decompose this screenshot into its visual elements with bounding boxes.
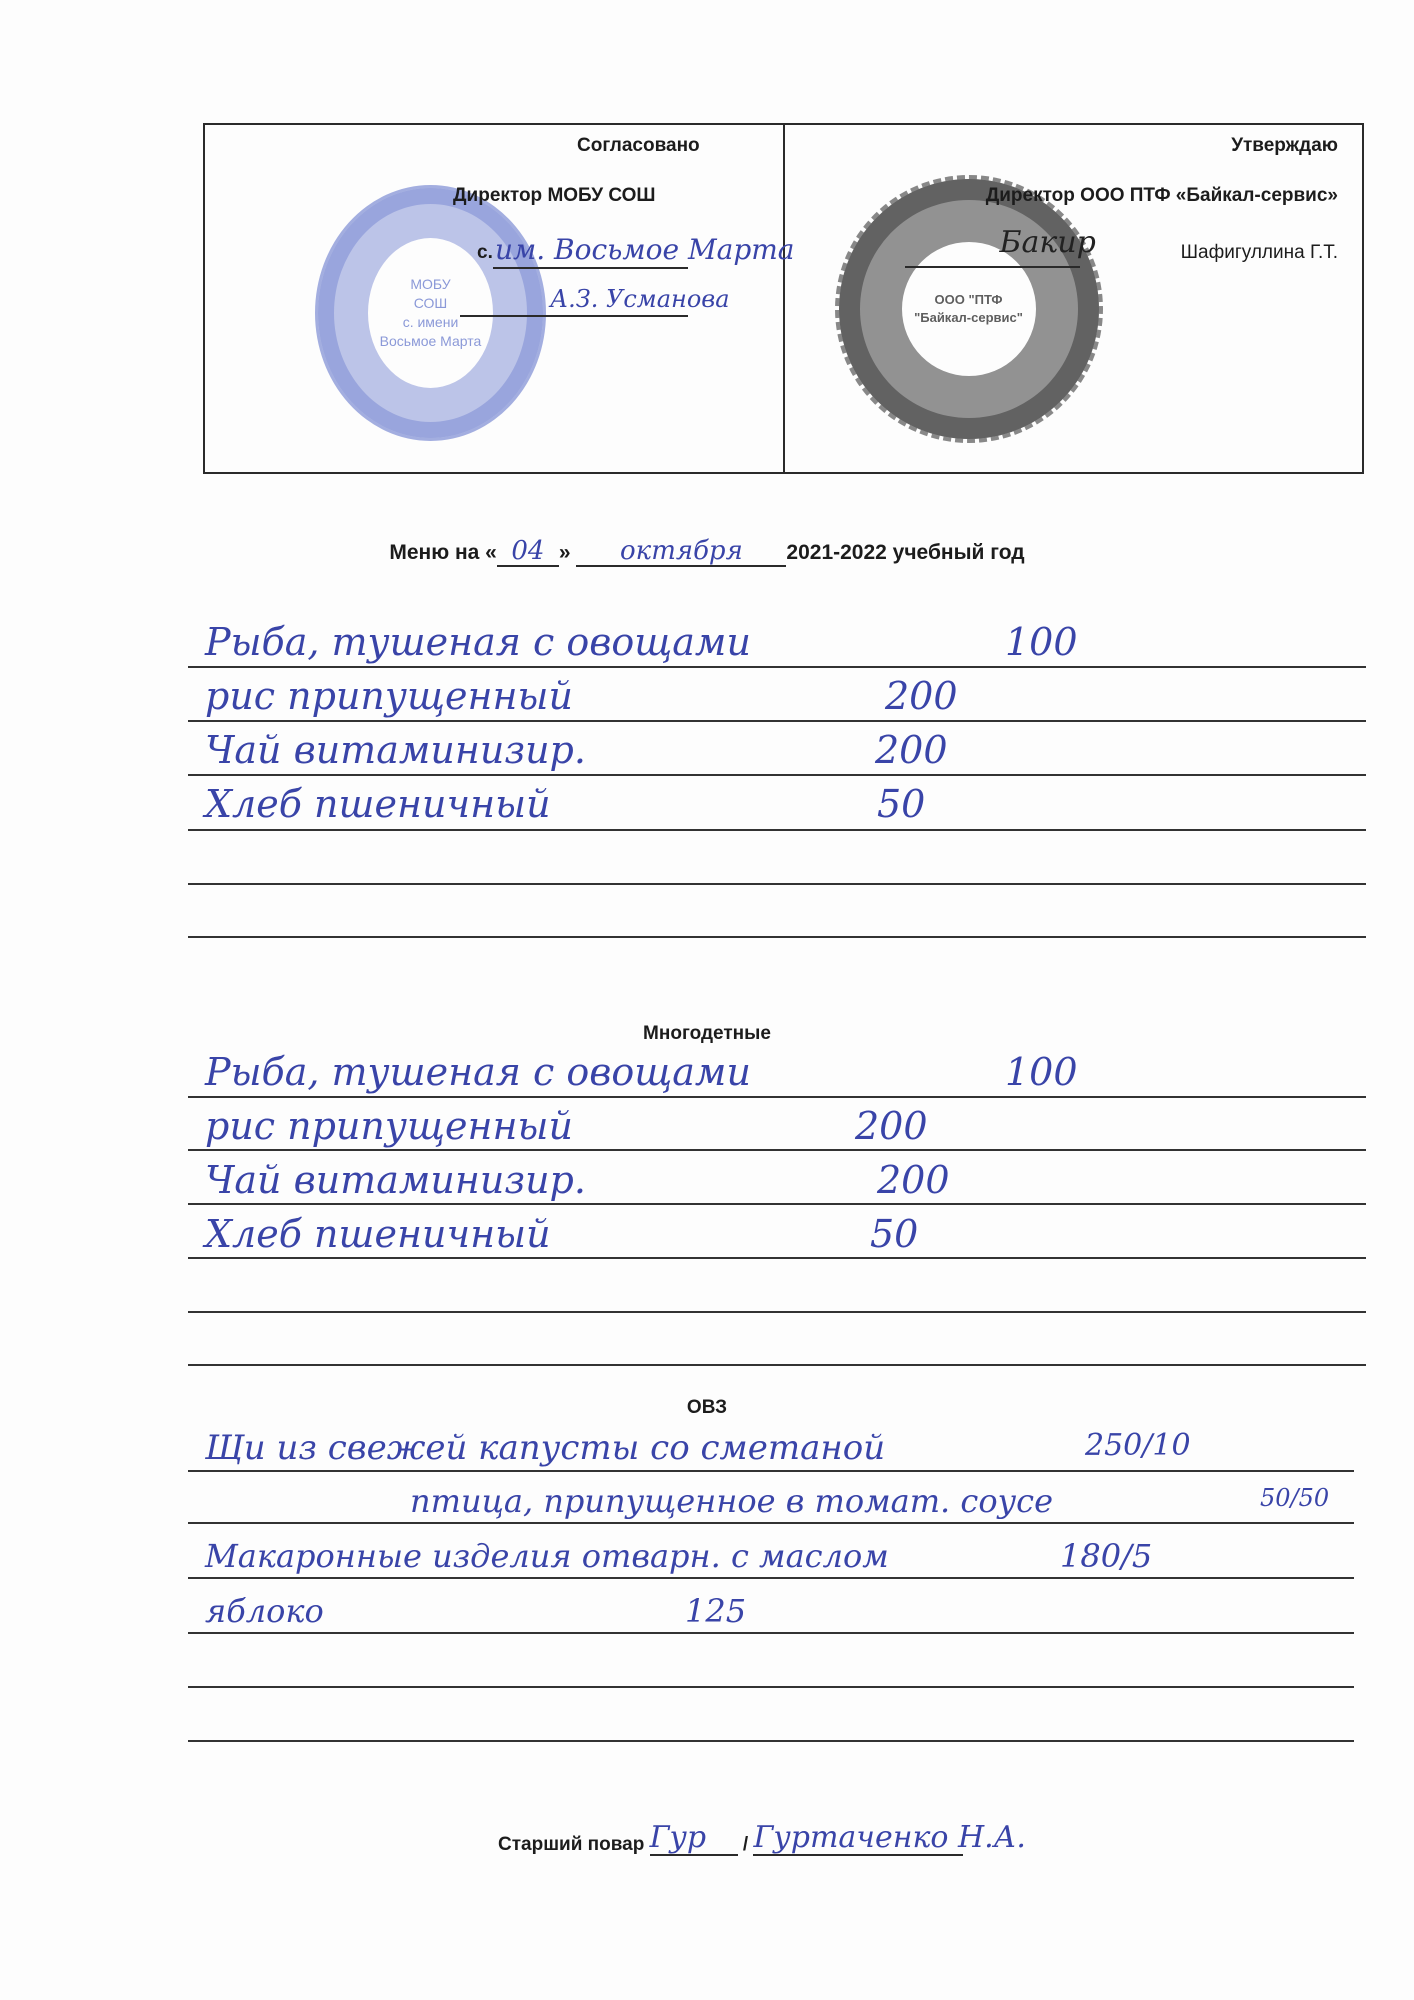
approved-block: ООО "ПТФ "Байкал-сервис" Утверждаю Дирек… [785, 125, 1363, 472]
list-item: Рыба, тушеная с овощами100 [205, 620, 751, 664]
title-prefix: Меню на « [389, 541, 497, 564]
dish-name: Рыба, тушеная с овощами [205, 620, 751, 664]
agreed-heading: Согласовано [577, 135, 700, 157]
ruled-line [188, 720, 1366, 722]
ruled-line [188, 1686, 1354, 1688]
month-field: октября [576, 537, 786, 567]
chef-label: Старший повар [498, 1834, 644, 1855]
ruled-line [188, 1470, 1354, 1472]
dish-name: Хлеб пшеничный [205, 782, 551, 826]
stamp-text: Восьмое Марта [380, 332, 482, 351]
list-item: Хлеб пшеничный50 [205, 1212, 551, 1256]
signature-line [460, 315, 688, 317]
company-stamp-icon: ООО "ПТФ "Байкал-сервис" [835, 175, 1103, 443]
list-item: птица, припущенное в томат. соусе50/50 [410, 1482, 1053, 1520]
list-item: Чай витаминизир.200 [205, 728, 586, 772]
school-stamp-icon: МОБУ СОШ с. имени Восьмое Марта [315, 185, 546, 441]
list-item: рис припущенный200 [205, 1104, 573, 1148]
dish-name: Рыба, тушеная с овощами [205, 1050, 751, 1094]
dish-name: Хлеб пшеничный [205, 1212, 551, 1256]
ruled-line [188, 936, 1366, 938]
list-item: Макаронные изделия отварн. с маслом180/5 [205, 1537, 889, 1575]
place-handwritten: им. Восьмое Марта [495, 233, 794, 266]
ruled-line [188, 1096, 1366, 1098]
list-item: Рыба, тушеная с овощами100 [205, 1050, 751, 1094]
dish-name: яблоко [205, 1592, 324, 1630]
ruled-line [188, 774, 1366, 776]
ruled-line [188, 883, 1366, 885]
ruled-line [188, 1149, 1366, 1151]
ruled-line [188, 1740, 1354, 1742]
dish-name: Макаронные изделия отварн. с маслом [205, 1537, 889, 1575]
dish-qty: 200 [875, 728, 948, 772]
dish-qty: 180/5 [1060, 1537, 1152, 1575]
stamp-text: ООО "ПТФ [914, 291, 1023, 309]
dish-qty: 125 [685, 1592, 746, 1630]
dish-qty: 200 [885, 674, 958, 718]
day-field: 04 [497, 537, 559, 567]
dish-name: Чай витаминизир. [205, 728, 586, 772]
stamp-text: СОШ [380, 294, 482, 313]
ruled-line [188, 1203, 1366, 1205]
agreed-block: МОБУ СОШ с. имени Восьмое Марта Согласов… [205, 125, 785, 472]
ruled-line [188, 1364, 1366, 1366]
section-heading: Многодетные [0, 1023, 1414, 1045]
dish-name: птица, припущенное в томат. соусе [410, 1482, 1053, 1520]
agreed-place-prefix: с. [477, 242, 493, 264]
dish-qty: 50/50 [1260, 1484, 1329, 1512]
dish-name: Чай витаминизир. [205, 1158, 586, 1202]
dish-qty: 50 [870, 1212, 918, 1256]
dish-name: Щи из свежей капусты со сметаной [205, 1428, 885, 1468]
ruled-line [188, 1577, 1354, 1579]
ruled-line [188, 1311, 1366, 1313]
dish-qty: 100 [1005, 1050, 1078, 1094]
ruled-line [188, 666, 1366, 668]
place-line [493, 267, 688, 269]
ruled-line [188, 1632, 1354, 1634]
title-mid: » [559, 541, 571, 564]
ruled-line [188, 1522, 1354, 1524]
approved-signature: Бакир [1000, 225, 1096, 260]
ruled-line [188, 1257, 1366, 1259]
dish-qty: 50 [877, 782, 925, 826]
approved-name: Шафигуллина Г.Т. [1181, 242, 1338, 264]
signature-line [905, 266, 1080, 268]
agreed-signature: А.З. Усманова [550, 285, 730, 313]
chef-signature-block: Старший повар Гур / Гуртаченко Н.А. [498, 1822, 963, 1856]
dish-qty: 100 [1005, 620, 1078, 664]
list-item: яблоко125 [205, 1592, 324, 1630]
list-item: Щи из свежей капусты со сметаной250/10 [205, 1428, 885, 1468]
stamp-text: МОБУ [380, 275, 482, 294]
agreed-position: Директор МОБУ СОШ [453, 185, 655, 207]
dish-qty: 200 [877, 1158, 950, 1202]
section-heading: ОВЗ [0, 1397, 1414, 1419]
dish-qty: 250/10 [1085, 1428, 1191, 1463]
list-item: рис припущенный200 [205, 674, 573, 718]
chef-name: Гуртаченко Н.А. [753, 1822, 963, 1856]
menu-title: Меню на «04» октября2021-2022 учебный го… [0, 537, 1414, 567]
list-item: Хлеб пшеничный50 [205, 782, 551, 826]
chef-signature: Гур [650, 1822, 738, 1856]
approved-heading: Утверждаю [1231, 135, 1338, 157]
dish-name: рис припущенный [205, 1104, 573, 1148]
stamp-text: "Байкал-сервис" [914, 309, 1023, 327]
separator: / [743, 1834, 748, 1855]
menu-document: МОБУ СОШ с. имени Восьмое Марта Согласов… [0, 0, 1414, 2000]
ruled-line [188, 829, 1366, 831]
dish-name: рис припущенный [205, 674, 573, 718]
approval-box: МОБУ СОШ с. имени Восьмое Марта Согласов… [203, 123, 1364, 474]
list-item: Чай витаминизир.200 [205, 1158, 586, 1202]
dish-qty: 200 [855, 1104, 928, 1148]
title-suffix: 2021-2022 учебный год [786, 541, 1024, 564]
approved-position: Директор ООО ПТФ «Байкал-сервис» [986, 185, 1338, 207]
